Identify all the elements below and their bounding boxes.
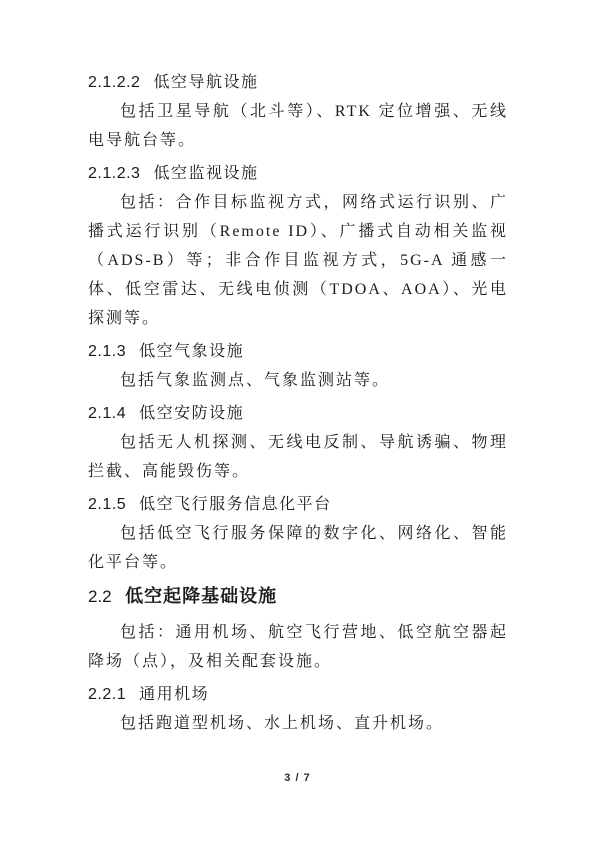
section-2-1-3: 2.1.3 低空气象设施 包括气象监测点、气象监测站等。	[88, 337, 508, 395]
section-paragraph: 包括气象监测点、气象监测站等。	[88, 366, 508, 395]
section-number: 2.2.1	[88, 686, 126, 703]
section-paragraph: 包括：通用机场、航空飞行营地、低空航空器起降场（点），及相关配套设施。	[88, 618, 508, 676]
section-2-1-2-2: 2.1.2.2 低空导航设施 包括卫星导航（北斗等）、RTK 定位增强、无线电导…	[88, 68, 508, 155]
section-number: 2.1.4	[88, 405, 126, 422]
section-paragraph: 包括无人机探测、无线电反制、导航诱骗、物理拦截、高能毁伤等。	[88, 428, 508, 486]
section-number: 2.1.2.3	[88, 165, 140, 182]
section-paragraph: 包括卫星导航（北斗等）、RTK 定位增强、无线电导航台等。	[88, 97, 508, 155]
section-heading: 2.1.3 低空气象设施	[88, 337, 508, 366]
section-heading: 2.1.5 低空飞行服务信息化平台	[88, 490, 508, 519]
section-2-1-2-3: 2.1.2.3 低空监视设施 包括：合作目标监视方式，网络式运行识别、广播式运行…	[88, 159, 508, 333]
section-2-1-5: 2.1.5 低空飞行服务信息化平台 包括低空飞行服务保障的数字化、网络化、智能化…	[88, 490, 508, 577]
section-number: 2.1.3	[88, 343, 126, 360]
section-2-2-1: 2.2.1 通用机场 包括跑道型机场、水上机场、直升机场。	[88, 680, 508, 738]
section-title: 低空监视设施	[153, 165, 258, 182]
section-heading: 2.1.2.3 低空监视设施	[88, 159, 508, 188]
section-heading-major: 2.2 低空起降基础设施	[88, 581, 508, 612]
document-content: 2.1.2.2 低空导航设施 包括卫星导航（北斗等）、RTK 定位增强、无线电导…	[88, 68, 508, 738]
section-paragraph: 包括：合作目标监视方式，网络式运行识别、广播式运行识别（Remote ID）、广…	[88, 188, 508, 333]
section-number: 2.1.5	[88, 496, 126, 513]
section-2-1-4: 2.1.4 低空安防设施 包括无人机探测、无线电反制、导航诱骗、物理拦截、高能毁…	[88, 399, 508, 486]
section-title: 低空飞行服务信息化平台	[139, 496, 332, 513]
section-paragraph: 包括低空飞行服务保障的数字化、网络化、智能化平台等。	[88, 519, 508, 577]
page-number: 3 / 7	[0, 772, 595, 784]
section-title: 低空起降基础设施	[125, 586, 277, 606]
section-number: 2.1.2.2	[88, 74, 140, 91]
section-number: 2.2	[88, 587, 112, 606]
document-page: 2.1.2.2 低空导航设施 包括卫星导航（北斗等）、RTK 定位增强、无线电导…	[0, 0, 595, 841]
section-title: 通用机场	[139, 686, 209, 703]
section-title: 低空气象设施	[139, 343, 244, 360]
section-title: 低空导航设施	[153, 74, 258, 91]
section-heading: 2.2.1 通用机场	[88, 680, 508, 709]
section-2-2: 2.2 低空起降基础设施 包括：通用机场、航空飞行营地、低空航空器起降场（点），…	[88, 581, 508, 676]
section-title: 低空安防设施	[139, 405, 244, 422]
section-paragraph: 包括跑道型机场、水上机场、直升机场。	[88, 709, 508, 738]
section-heading: 2.1.4 低空安防设施	[88, 399, 508, 428]
section-heading: 2.1.2.2 低空导航设施	[88, 68, 508, 97]
